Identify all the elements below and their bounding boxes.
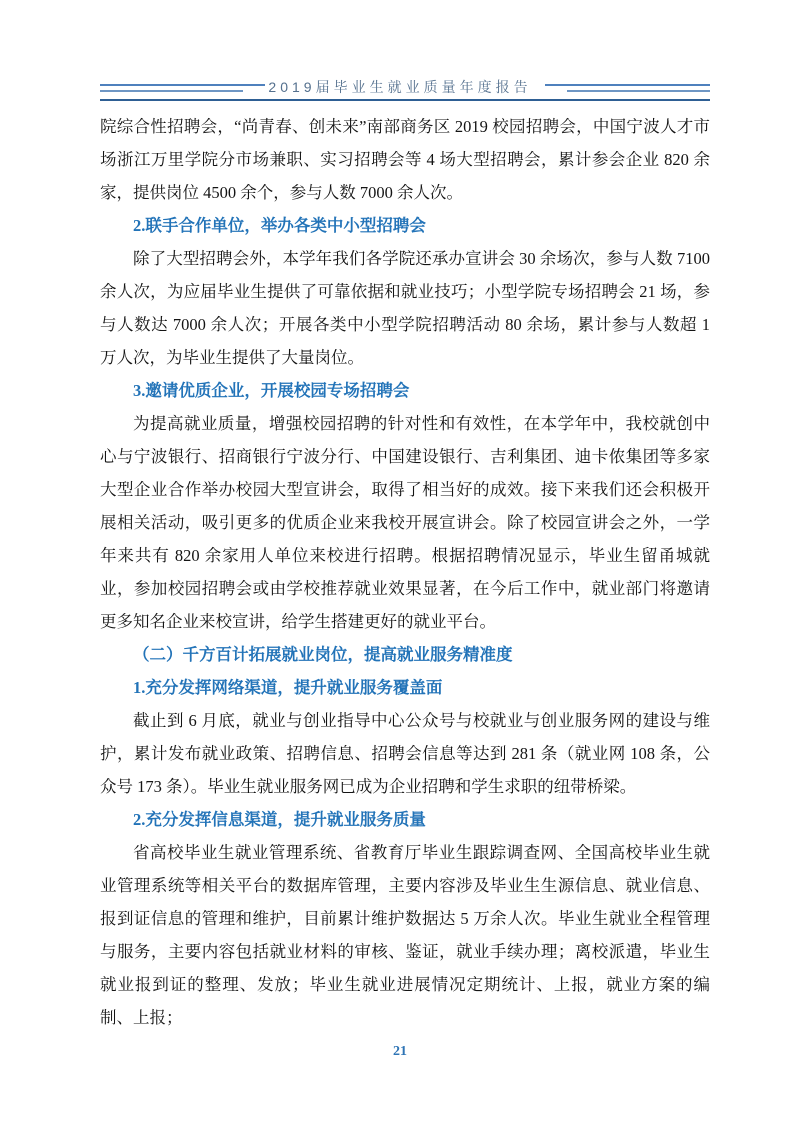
heading-2-joint-partners-small-fairs: 2.联手合作单位，举办各类中小型招聘会 — [100, 209, 710, 242]
paragraph-small-medium-fairs-stats: 除了大型招聘会外，本学年我们各学院还承办宣讲会 30 余场次，参与人数 7100… — [100, 242, 710, 374]
heading-3-invite-quality-enterprises: 3.邀请优质企业，开展校园专场招聘会 — [100, 374, 710, 407]
heading-2-information-channels: 2.充分发挥信息渠道，提升就业服务质量 — [100, 803, 710, 836]
paragraph-large-job-fairs-continued: 院综合性招聘会，“尚青春、创未来”南部商务区 2019 校园招聘会，中国宁波人才… — [100, 110, 710, 209]
report-header-title: 2019届毕业生就业质量年度报告 — [0, 78, 800, 96]
paragraph-online-service-stats: 截止到 6 月底，就业与创业指导中心公众号与校就业与创业服务网的建设与维护，累计… — [100, 704, 710, 803]
header-rule — [100, 99, 710, 101]
paragraph-campus-special-recruitment: 为提高就业质量，增强校园招聘的针对性和有效性，在本学年中，我校就创中心与宁波银行… — [100, 407, 710, 638]
report-body: 院综合性招聘会，“尚青春、创未来”南部商务区 2019 校园招聘会，中国宁波人才… — [100, 110, 710, 1034]
paragraph-database-management: 省高校毕业生就业管理系统、省教育厅毕业生跟踪调查网、全国高校毕业生就业管理系统等… — [100, 836, 710, 1034]
page-number: 21 — [0, 1044, 800, 1060]
heading-section-2-expand-job-positions: （二）千方百计拓展就业岗位，提高就业服务精准度 — [100, 638, 710, 671]
heading-1-network-channels: 1.充分发挥网络渠道，提升就业服务覆盖面 — [100, 671, 710, 704]
report-page: 2019届毕业生就业质量年度报告 院综合性招聘会，“尚青春、创未来”南部商务区 … — [0, 0, 800, 1131]
